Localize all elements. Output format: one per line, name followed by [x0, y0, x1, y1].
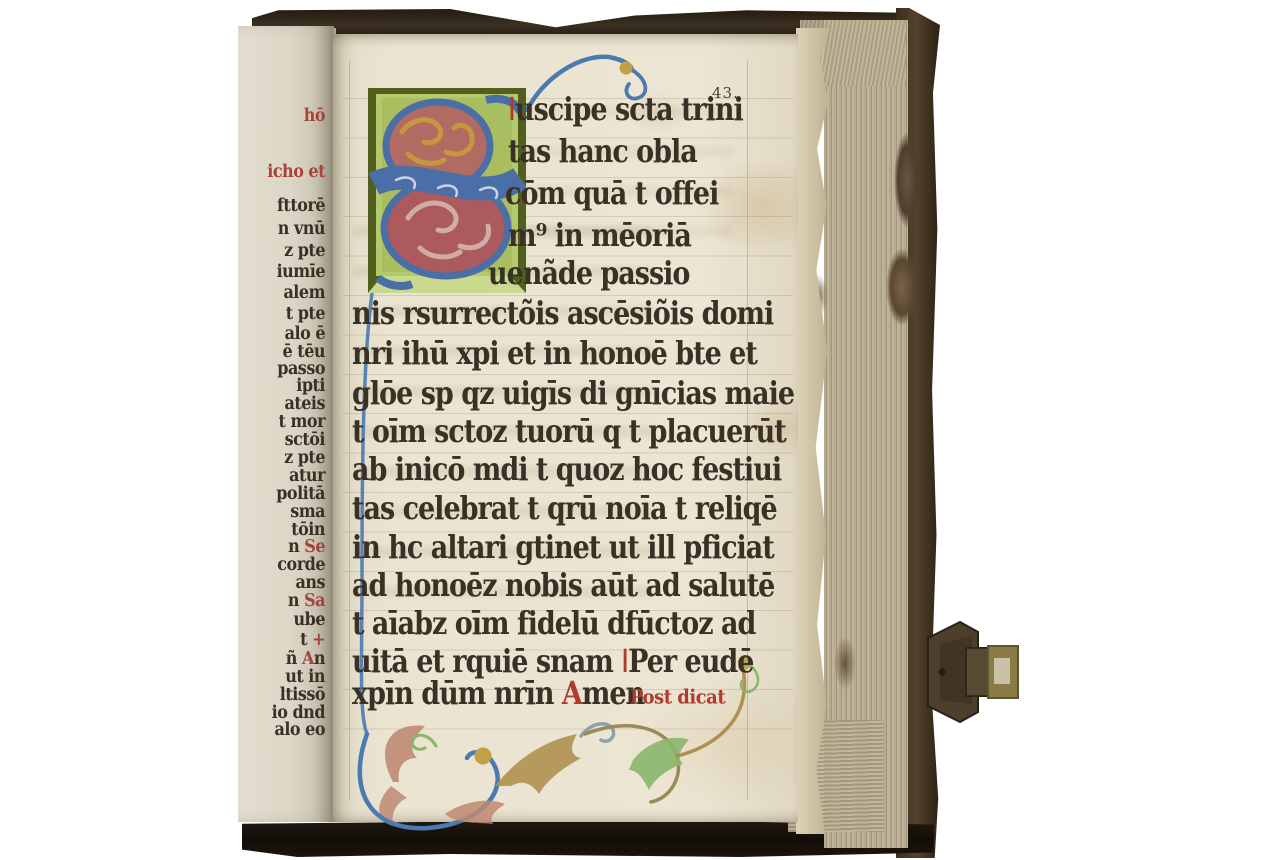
- body-text: uscipe scta trini: [515, 92, 743, 128]
- clasp-icon: [926, 618, 1022, 726]
- manuscript-text-line: cōm quā t offei: [505, 176, 718, 212]
- gold-dot: [620, 62, 633, 75]
- manuscript-text-line: ube: [294, 608, 326, 629]
- rubric-text: A: [562, 676, 582, 712]
- body-text: iumīe: [277, 260, 325, 281]
- manuscript-text-line: ab inicō mdi t quoz hoc festiui: [352, 452, 781, 488]
- body-text: ab inicō mdi t quoz hoc festiui: [352, 452, 781, 488]
- manuscript-text-line: alo eo: [274, 718, 325, 739]
- manuscript-text-line: icho et: [267, 160, 325, 181]
- body-text: in hc altari gtinet ut ill pficiat: [352, 530, 774, 566]
- body-text: cōm quā t offei: [505, 176, 718, 212]
- manuscript-text-line: ad honoēz nobis aūt ad salutē: [352, 568, 774, 604]
- body-text: m⁹ in mēoriā: [508, 218, 691, 254]
- body-text: t aīabz oīm fidelū dfūctoz ad: [352, 606, 755, 642]
- rubric-text: hō: [304, 104, 325, 125]
- body-text: Per eudē: [628, 644, 753, 680]
- body-text: uitā et rquiē snam: [352, 644, 621, 680]
- manuscript-text-line: iumīe: [277, 260, 325, 281]
- manuscript-text-line: nri ihū xpi et in honoē bte et: [352, 336, 757, 372]
- manuscript-text-line: glōe sp qz uigīs di gnīcias maie: [352, 376, 794, 412]
- body-text: t pte: [286, 302, 325, 323]
- body-text: z pte: [284, 239, 325, 260]
- manuscript-text-line: ǀuscipe scta trini: [508, 92, 743, 128]
- rubric-text: ǀ: [508, 92, 515, 128]
- manuscript-text-line: t aīabz oīm fidelū dfūctoz ad: [352, 606, 755, 642]
- manuscript-text-line: n vnū: [278, 217, 325, 238]
- margin-rule-left: [349, 60, 350, 800]
- body-text: nis rsurrectõis ascēsiõis domi: [352, 296, 773, 332]
- body-text: alem: [283, 281, 325, 302]
- manuscript-text-line: z pte: [284, 239, 325, 260]
- manuscript-text-line: tas hanc obla: [508, 134, 697, 170]
- rubric-text: icho et: [267, 160, 325, 181]
- leather-damage-patch: [886, 248, 918, 326]
- body-text: glōe sp qz uigīs di gnīcias maie: [352, 376, 794, 412]
- body-text: n vnū: [278, 217, 325, 238]
- manuscript-text-line: uitā et rquiē snam ǀPer eudē: [352, 644, 753, 680]
- body-text: tas hanc obla: [508, 134, 697, 170]
- body-text: fttorē: [277, 194, 325, 215]
- page-edge-chip: [834, 636, 856, 690]
- body-text: ube: [294, 608, 326, 629]
- manuscript-text-line: alem: [283, 281, 325, 302]
- manuscript-text-line: t oīm sctoz tuorū q t placuerūt: [352, 414, 786, 450]
- manuscript-text-line: hō: [304, 104, 325, 125]
- main-page: 43.: [333, 34, 798, 822]
- manuscript-text-line: fttorē: [277, 194, 325, 215]
- manuscript-photo: hōicho etfttorēn vnūz pteiumīealemt ptea…: [0, 0, 1280, 860]
- manuscript-text-line: in hc altari gtinet ut ill pficiat: [352, 530, 774, 566]
- book-clasp: [926, 618, 1022, 726]
- manuscript-text-line: uenãde passio: [488, 256, 689, 292]
- body-text: ad honoēz nobis aūt ad salutē: [352, 568, 774, 604]
- body-text: tas celebrat t qrū noīa t reliqē: [352, 491, 777, 527]
- manuscript-text-line: nis rsurrectõis ascēsiõis domi: [352, 296, 773, 332]
- body-text: t oīm sctoz tuorū q t placuerūt: [352, 414, 786, 450]
- body-text: nri ihū xpi et in honoē bte et: [352, 336, 757, 372]
- body-text: alo eo: [274, 718, 325, 739]
- body-text: uenãde passio: [488, 256, 689, 292]
- gold-dot: [475, 748, 492, 765]
- manuscript-text-line: tas celebrat t qrū noīa t reliqē: [352, 491, 777, 527]
- manuscript-text-line: m⁹ in mēoriā: [508, 218, 691, 254]
- rubric-post-dicat: Post dicat: [630, 686, 725, 709]
- left-page: hōicho etfttorēn vnūz pteiumīealemt ptea…: [238, 26, 334, 822]
- manuscript-text-line: xpīn dūm nrīn Amen: [352, 676, 644, 712]
- body-text: xpīn dūm nrīn: [352, 676, 562, 712]
- leather-damage-patch: [894, 132, 920, 228]
- manuscript-text-line: t pte: [286, 302, 325, 323]
